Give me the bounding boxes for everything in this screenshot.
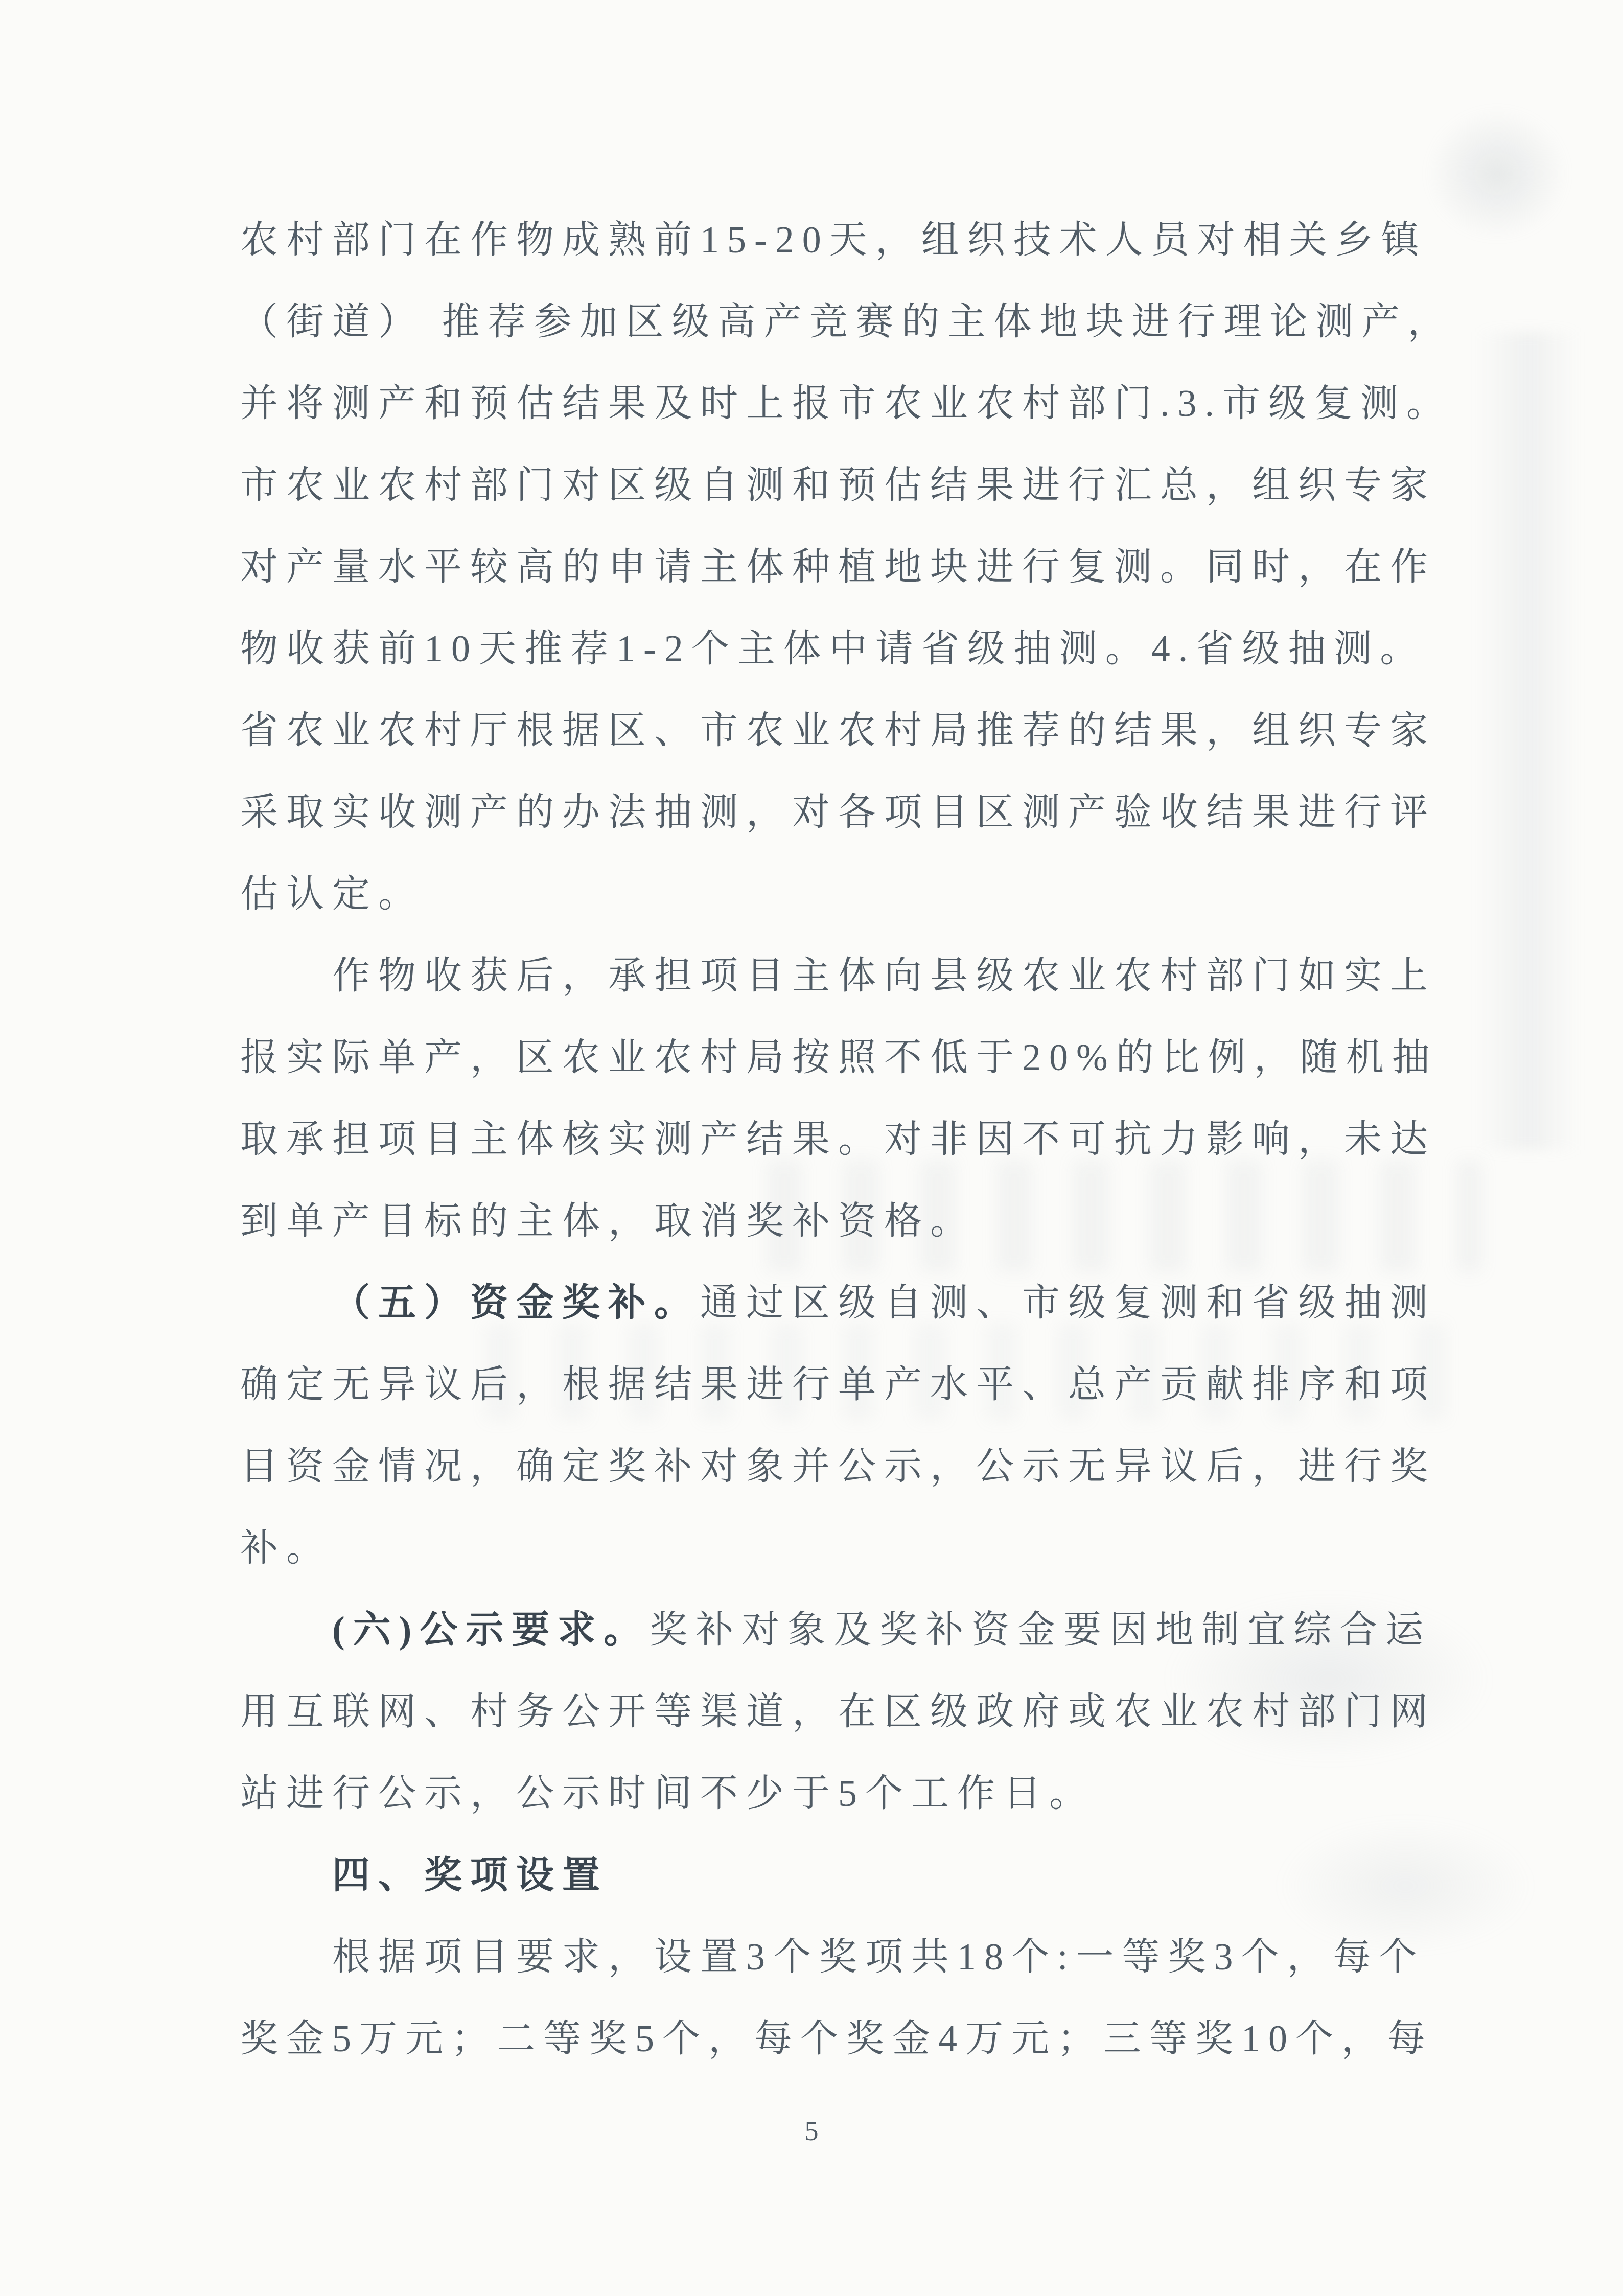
body-text: 农村部门在作物成熟前15-20天，组织技术人员对相关乡镇（街道） 推荐参加区级高… xyxy=(240,199,1431,2080)
line-text: 根据项目要求，设置3个奖项共18个:一等奖3个，每个 xyxy=(332,1936,1425,1978)
text-line: （街道） 推荐参加区级高产竞赛的主体地块进行理论测产， xyxy=(240,281,1431,363)
line-text: 确定无异议后，根据结果进行单产水平、总产贡献排序和项 xyxy=(240,1364,1436,1406)
text-line: 物收获前10天推荐1-2个主体中请省级抽测。4.省级抽测。 xyxy=(240,608,1431,690)
line-lead-bold: (六)公示要求。 xyxy=(332,1609,650,1651)
line-text: 对产量水平较高的申请主体种植地块进行复测。同时，在作 xyxy=(240,546,1436,588)
line-text: 并将测产和预估结果及时上报市农业农村部门.3.市级复测。 xyxy=(240,383,1452,425)
text-line: 站进行公示，公示时间不少于5个工作日。 xyxy=(240,1753,1431,1835)
text-line: 作物收获后，承担项目主体向县级农业农村部门如实上 xyxy=(240,935,1431,1017)
text-line: 报实际单产，区农业农村局按照不低于20%的比例，随机抽 xyxy=(240,1017,1431,1099)
text-line: 农村部门在作物成熟前15-20天，组织技术人员对相关乡镇 xyxy=(240,199,1431,281)
line-text: 农村部门在作物成熟前15-20天，组织技术人员对相关乡镇 xyxy=(240,219,1427,261)
line-text: 省农业农村厅根据区、市农业农村局推荐的结果，组织专家 xyxy=(240,710,1436,752)
text-line: 根据项目要求，设置3个奖项共18个:一等奖3个，每个 xyxy=(240,1916,1431,1998)
text-line: （五）资金奖补。通过区级自测、市级复测和省级抽测 xyxy=(240,1262,1431,1344)
line-text: （街道） 推荐参加区级高产竞赛的主体地块进行理论测产， xyxy=(240,301,1454,343)
text-line: 对产量水平较高的申请主体种植地块进行复测。同时，在作 xyxy=(240,526,1431,608)
line-text: 物收获前10天推荐1-2个主体中请省级抽测。4.省级抽测。 xyxy=(240,628,1426,670)
line-text: 补。 xyxy=(240,1527,332,1569)
line-text: 站进行公示，公示时间不少于5个工作日。 xyxy=(240,1773,1095,1815)
line-lead-bold: 四、奖项设置 xyxy=(332,1854,608,1896)
line-text: 报实际单产，区农业农村局按照不低于20%的比例，随机抽 xyxy=(240,1037,1438,1079)
line-text: 目资金情况，确定奖补对象并公示，公示无异议后，进行奖 xyxy=(240,1446,1436,1488)
text-line: (六)公示要求。奖补对象及奖补资金要因地制宜综合运 xyxy=(240,1589,1431,1671)
text-line: 市农业农村部门对区级自测和预估结果进行汇总，组织专家 xyxy=(240,445,1431,526)
scan-smudge xyxy=(1426,107,1569,240)
line-text: 到单产目标的主体，取消奖补资格。 xyxy=(240,1200,976,1242)
line-text: 用互联网、村务公开等渠道，在区级政府或农业农村部门网 xyxy=(240,1691,1436,1733)
text-line: 奖金5万元；二等奖5个，每个奖金4万元；三等奖10个，每 xyxy=(240,1998,1431,2080)
text-line: 取承担项目主体核实测产结果。对非因不可抗力影响，未达 xyxy=(240,1099,1431,1180)
text-line: 到单产目标的主体，取消奖补资格。 xyxy=(240,1180,1431,1262)
text-line: 估认定。 xyxy=(240,853,1431,935)
line-text: 奖金5万元；二等奖5个，每个奖金4万元；三等奖10个，每 xyxy=(240,2018,1433,2060)
line-lead-bold: （五）资金奖补。 xyxy=(332,1282,700,1324)
text-line: 确定无异议后，根据结果进行单产水平、总产贡献排序和项 xyxy=(240,1344,1431,1426)
text-line: 采取实收测产的办法抽测，对各项目区测产验收结果进行评 xyxy=(240,772,1431,853)
line-text: 估认定。 xyxy=(240,873,424,915)
text-line: 用互联网、村务公开等渠道，在区级政府或农业农村部门网 xyxy=(240,1671,1431,1753)
line-text: 奖补对象及奖补资金要因地制宜综合运 xyxy=(650,1609,1431,1651)
text-line: 补。 xyxy=(240,1508,1431,1589)
line-text: 通过区级自测、市级复测和省级抽测 xyxy=(700,1282,1436,1324)
line-text: 采取实收测产的办法抽测，对各项目区测产验收结果进行评 xyxy=(240,792,1436,833)
document-page: 农村部门在作物成熟前15-20天，组织技术人员对相关乡镇（街道） 推荐参加区级高… xyxy=(0,0,1623,2296)
line-text: 取承担项目主体核实测产结果。对非因不可抗力影响，未达 xyxy=(240,1119,1436,1161)
text-line: 四、奖项设置 xyxy=(240,1835,1431,1916)
scan-smudge xyxy=(1477,332,1579,1150)
text-line: 目资金情况，确定奖补对象并公示，公示无异议后，进行奖 xyxy=(240,1426,1431,1508)
line-text: 市农业农村部门对区级自测和预估结果进行汇总，组织专家 xyxy=(240,465,1436,506)
page-number: 5 xyxy=(0,2111,1623,2151)
text-line: 省农业农村厅根据区、市农业农村局推荐的结果，组织专家 xyxy=(240,690,1431,772)
line-text: 作物收获后，承担项目主体向县级农业农村部门如实上 xyxy=(332,955,1436,997)
text-line: 并将测产和预估结果及时上报市农业农村部门.3.市级复测。 xyxy=(240,363,1431,445)
